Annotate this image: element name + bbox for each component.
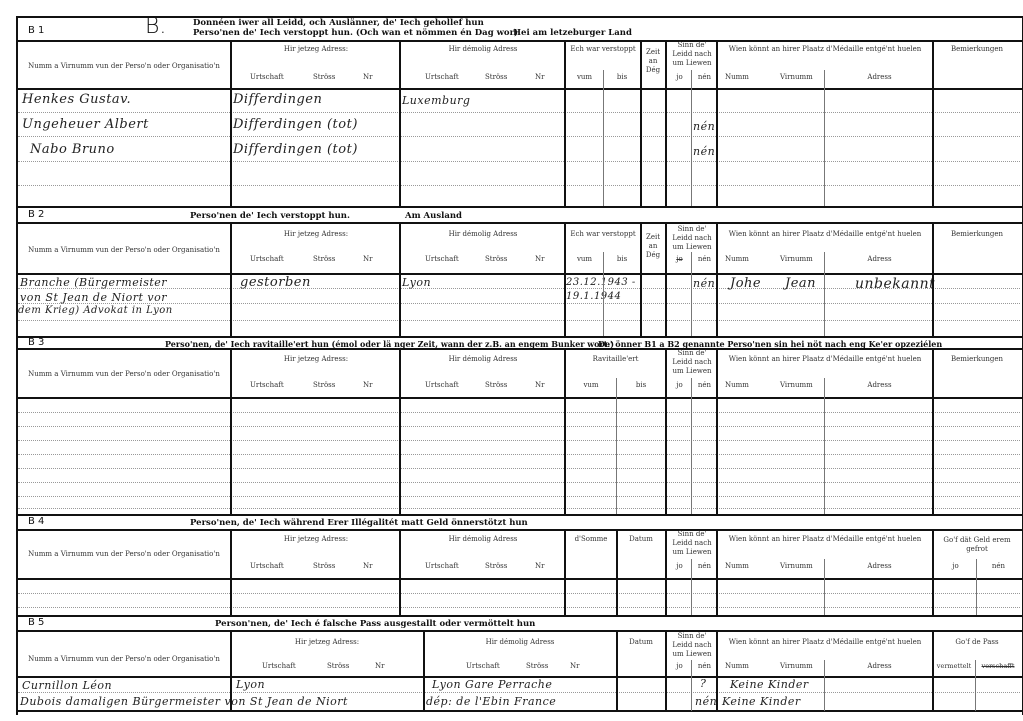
header-place: Urtschaft bbox=[250, 255, 284, 264]
header-street: Ströss bbox=[485, 562, 507, 571]
header-current-address: Hir jetzeg Adress: bbox=[232, 355, 400, 364]
header-yes-struck: jo bbox=[667, 255, 692, 264]
row-former-place: Lyon Gare Perrache bbox=[432, 678, 552, 691]
header-number: Nr bbox=[535, 73, 544, 82]
header-street: Ströss bbox=[313, 73, 335, 82]
header-time-days: Zeit an Dég bbox=[642, 48, 664, 75]
header-hidden: Ech war verstoppt bbox=[566, 45, 640, 54]
header-street: Ströss bbox=[313, 562, 335, 571]
header-place: Urtschaft bbox=[262, 662, 296, 671]
row-medal: Keine Kinder bbox=[722, 695, 801, 708]
header-street: Ströss bbox=[485, 73, 507, 82]
header-alive: Sinn de' Leidd nach um Liewen bbox=[667, 225, 717, 252]
header-sum: d'Somme bbox=[566, 535, 616, 544]
header-hidden: Ech war verstoppt bbox=[566, 230, 640, 239]
row-name: Dubois damaligen Bürgermeister von St Je… bbox=[20, 695, 348, 708]
row-current-place: gestorben bbox=[240, 275, 311, 290]
row-medal-address: unbekannt bbox=[855, 276, 935, 292]
header-to: bis bbox=[604, 255, 640, 264]
header-alive: Sinn de' Leidd nach um Liewen bbox=[667, 41, 717, 68]
header-from: vum bbox=[566, 73, 603, 82]
row-name-line3: dem Krieg) Advokat in Lyon bbox=[18, 305, 173, 316]
header-time-days: Zeit an Dég bbox=[642, 233, 664, 260]
header-street: Ströss bbox=[313, 255, 335, 264]
header-place: Urtschaft bbox=[425, 255, 459, 264]
header-address: Adress bbox=[826, 381, 933, 390]
header-medal: Wien könnt an hirer Plaatz d'Médaille en… bbox=[718, 535, 932, 544]
header-place: Urtschaft bbox=[466, 662, 500, 671]
header-date: Datum bbox=[617, 535, 665, 544]
header-alive: Sinn de' Leidd nach um Liewen bbox=[667, 632, 717, 659]
section-letter: B. bbox=[145, 14, 166, 39]
header-former-address: Hir démolig Adress bbox=[402, 355, 564, 364]
header-number: Nr bbox=[535, 562, 544, 571]
header-supplied: Ravitaille'ert bbox=[566, 355, 665, 364]
section-title: Perso'nen, de' Iech während Erer Illégal… bbox=[190, 518, 528, 528]
header-former-address: Hir démolig Adress bbox=[402, 535, 564, 544]
header-no: nén bbox=[692, 255, 717, 264]
row-from: 23.12.1943 - bbox=[566, 277, 636, 288]
row-no: nén bbox=[693, 277, 715, 290]
section-id: B 3 bbox=[28, 337, 44, 348]
header-firstname: Virnumm bbox=[780, 73, 813, 82]
header-current-address: Hir jetzeg Adress: bbox=[232, 535, 400, 544]
row-no: nén bbox=[695, 695, 717, 708]
header-current-address: Hir jetzeg Adress: bbox=[232, 45, 400, 54]
header-number: Nr bbox=[570, 662, 579, 671]
row-no: nén bbox=[693, 145, 715, 158]
header-remarks: Bemierkungen bbox=[934, 230, 1020, 239]
header-place: Urtschaft bbox=[425, 562, 459, 571]
header-from: vum bbox=[566, 255, 603, 264]
row-former-place: dép: de l'Ebin France bbox=[426, 695, 556, 708]
header-former-address: Hir démolig Adress bbox=[402, 45, 564, 54]
row-name-line2: von St Jean de Niort vor bbox=[20, 291, 167, 304]
header-place: Urtschaft bbox=[250, 73, 284, 82]
section-id: B 2 bbox=[28, 209, 44, 220]
section-title-right: Am Ausland bbox=[405, 211, 462, 221]
header-medal: Wien könnt an hirer Plaatz d'Médaille en… bbox=[718, 638, 932, 647]
header-number: Nr bbox=[363, 562, 372, 571]
header-place: Urtschaft bbox=[425, 381, 459, 390]
section-title-right: Hei am letzeburger Land bbox=[513, 28, 632, 38]
row-current-place: Differdingen (tot) bbox=[233, 142, 358, 157]
section-id: B 1 bbox=[28, 25, 44, 36]
header-number: Nr bbox=[535, 255, 544, 264]
header-no: nén bbox=[692, 662, 717, 671]
row-name: Henkes Gustav. bbox=[22, 92, 131, 107]
section-title-line2: Perso'nen de' Iech verstoppt hun. (Och w… bbox=[193, 28, 518, 38]
header-number: Nr bbox=[363, 73, 372, 82]
header-street: Ströss bbox=[485, 255, 507, 264]
row-name-line1: Branche (Bürgermeister bbox=[20, 276, 167, 289]
header-street: Ströss bbox=[485, 381, 507, 390]
row-no: ? bbox=[700, 677, 706, 690]
header-number: Nr bbox=[375, 662, 384, 671]
header-firstname: Virnumm bbox=[780, 255, 813, 264]
row-to: 19.1.1944 bbox=[566, 291, 621, 302]
header-mediated: vermettelt bbox=[934, 662, 974, 671]
header-pass-given: Go'f de Pass bbox=[934, 638, 1020, 647]
row-current-place: Differdingen bbox=[233, 92, 322, 107]
row-name: Nabo Bruno bbox=[30, 142, 115, 157]
header-former-address: Hir démolig Adress bbox=[425, 638, 615, 647]
header-street: Ströss bbox=[313, 381, 335, 390]
header-from: vum bbox=[566, 381, 616, 390]
header-no: nén bbox=[692, 562, 717, 571]
row-former-place: Lyon bbox=[402, 276, 431, 289]
header-firstname: Virnumm bbox=[780, 562, 813, 571]
header-name: Numm a Virnumm vun der Perso'n oder Orga… bbox=[18, 62, 230, 71]
header-surname: Numm bbox=[725, 73, 749, 82]
row-medal-surname: Johe bbox=[730, 276, 761, 291]
header-number: Nr bbox=[363, 381, 372, 390]
header-no: nén bbox=[692, 73, 717, 82]
header-name: Numm a Virnumm vun der Perso'n oder Orga… bbox=[18, 246, 230, 255]
row-medal-firstname: Jean bbox=[785, 276, 816, 291]
header-address: Adress bbox=[826, 662, 933, 671]
section-id: B 4 bbox=[28, 516, 44, 527]
header-no: nén bbox=[977, 562, 1020, 571]
section-title: Perso'nen de' Iech verstoppt hun. bbox=[190, 211, 350, 221]
header-surname: Numm bbox=[725, 662, 749, 671]
header-date: Datum bbox=[617, 638, 665, 647]
header-surname: Numm bbox=[725, 562, 749, 571]
header-address: Adress bbox=[826, 73, 933, 82]
header-former-address: Hir démolig Adress bbox=[402, 230, 564, 239]
header-number: Nr bbox=[363, 255, 372, 264]
header-surname: Numm bbox=[725, 255, 749, 264]
header-firstname: Virnumm bbox=[780, 381, 813, 390]
header-street: Ströss bbox=[526, 662, 548, 671]
row-former-place: Luxemburg bbox=[402, 94, 470, 107]
header-address: Adress bbox=[826, 255, 933, 264]
header-yes: jo bbox=[667, 73, 692, 82]
header-alive: Sinn de' Leidd nach um Liewen bbox=[667, 530, 717, 557]
row-no: nén bbox=[693, 120, 715, 133]
header-medal: Wien könnt an hirer Plaatz d'Médaille en… bbox=[718, 355, 932, 364]
header-place: Urtschaft bbox=[250, 562, 284, 571]
header-number: Nr bbox=[535, 381, 544, 390]
row-current-place: Differdingen (tot) bbox=[233, 117, 358, 132]
header-firstname: Virnumm bbox=[780, 662, 813, 671]
header-name: Numm a Virnumm vun der Perso'n oder Orga… bbox=[18, 655, 230, 664]
header-medal: Wien könnt an hirer Plaatz d'Médaille en… bbox=[718, 230, 932, 239]
header-remarks: Bemierkungen bbox=[934, 355, 1020, 364]
header-money-given: Go'f dät Geld erem gefrot bbox=[934, 536, 1020, 554]
header-current-address: Hir jetzeg Adress: bbox=[232, 638, 422, 647]
form-frame bbox=[16, 16, 1023, 715]
header-place: Urtschaft bbox=[425, 73, 459, 82]
header-to: bis bbox=[604, 73, 640, 82]
header-no: nén bbox=[692, 381, 717, 390]
header-name: Numm a Virnumm vun der Perso'n oder Orga… bbox=[18, 370, 230, 379]
header-yes: jo bbox=[667, 562, 692, 571]
row-current-place: Lyon bbox=[236, 678, 265, 691]
header-to: bis bbox=[617, 381, 665, 390]
header-remarks: Bemierkungen bbox=[934, 45, 1020, 54]
header-current-address: Hir jetzeg Adress: bbox=[232, 230, 400, 239]
header-issued-struck: verschafft bbox=[976, 662, 1020, 671]
section-title-line1: Donnéen iwer all Leidd, och Auslänner, d… bbox=[193, 18, 484, 28]
header-name: Numm a Virnumm vun der Perso'n oder Orga… bbox=[18, 550, 230, 559]
header-surname: Numm bbox=[725, 381, 749, 390]
section-id: B 5 bbox=[28, 617, 44, 628]
row-name: Curnillon Léon bbox=[22, 679, 112, 692]
section-title: Person'nen, de' Iech é falsche Pass ausg… bbox=[215, 619, 535, 629]
header-place: Urtschaft bbox=[250, 381, 284, 390]
header-yes: jo bbox=[934, 562, 977, 571]
header-yes: jo bbox=[667, 662, 692, 671]
header-alive: Sinn de' Leidd nach um Liewen bbox=[667, 349, 717, 376]
header-address: Adress bbox=[826, 562, 933, 571]
row-name: Ungeheuer Albert bbox=[22, 117, 149, 132]
header-yes: jo bbox=[667, 381, 692, 390]
header-medal: Wien könnt an hirer Plaatz d'Médaille en… bbox=[718, 45, 932, 54]
row-medal: Keine Kinder bbox=[730, 678, 809, 691]
header-street: Ströss bbox=[327, 662, 349, 671]
